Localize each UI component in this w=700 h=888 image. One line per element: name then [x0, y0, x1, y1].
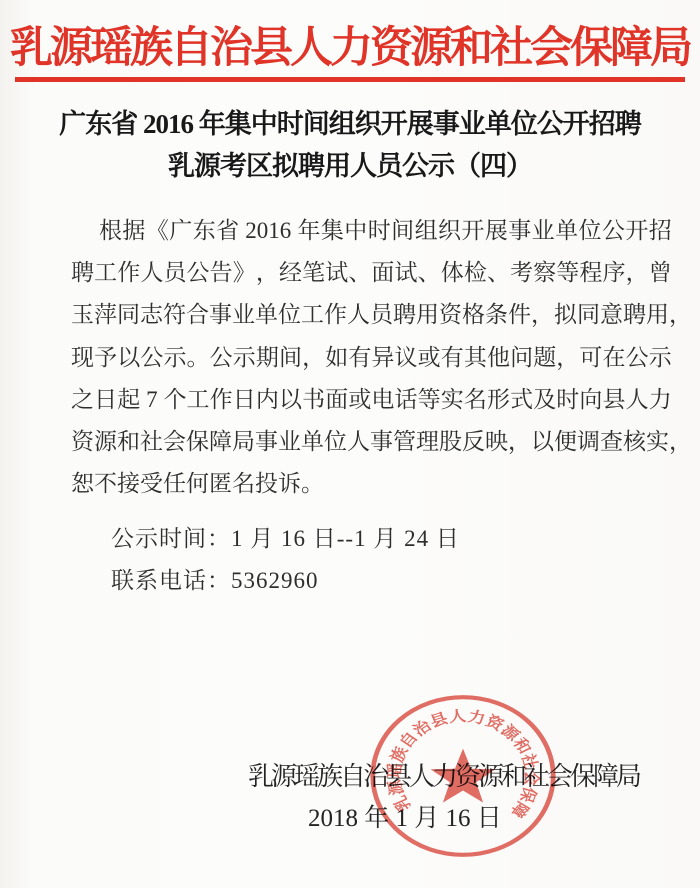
publicity-period: 公示时间：1 月 16 日--1 月 24 日: [71, 518, 672, 560]
body-line: 现予以公示。公示期间，如有异议或有其他问题，可在公示: [71, 337, 672, 379]
body-line: 恕不接受任何匿名投诉。: [71, 463, 672, 505]
notice-title-line1: 广东省 2016 年集中时间组织开展事业单位公开招聘: [0, 103, 700, 145]
issuing-authority-header: 乳源瑶族自治县人力资源和社会保障局: [0, 14, 700, 75]
body-line: 根据《广东省 2016 年集中时间组织开展事业单位公开招: [71, 210, 672, 252]
body-line: 聘工作人员公告》，经笔试、面试、体检、考察等程序，曾: [71, 252, 672, 294]
official-seal: 乳源瑶族自治县人力资源和社会保障局: [368, 693, 558, 859]
document-page: 乳源瑶族自治县人力资源和社会保障局 广东省 2016 年集中时间组织开展事业单位…: [0, 0, 700, 888]
notice-title: 广东省 2016 年集中时间组织开展事业单位公开招聘 乳源考区拟聘用人员公示（四…: [0, 103, 700, 187]
notice-info: 公示时间：1 月 16 日--1 月 24 日 联系电话：5362960: [71, 518, 672, 602]
seal-star-icon: [431, 749, 496, 803]
body-line: 玉萍同志符合事业单位工作人员聘用资格条件，拟同意聘用，: [71, 294, 672, 336]
notice-title-line2: 乳源考区拟聘用人员公示（四）: [0, 145, 700, 187]
body-line: 之日起 7 个工作日内以书面或电话等实名形式及时向县人力: [71, 379, 672, 421]
contact-phone: 联系电话：5362960: [71, 560, 672, 602]
notice-body: 根据《广东省 2016 年集中时间组织开展事业单位公开招 聘工作人员公告》，经笔…: [71, 210, 672, 505]
body-line: 资源和社会保障局事业单位人事管理股反映，以便调查核实，: [71, 421, 672, 463]
header-divider-rule: [15, 77, 685, 82]
